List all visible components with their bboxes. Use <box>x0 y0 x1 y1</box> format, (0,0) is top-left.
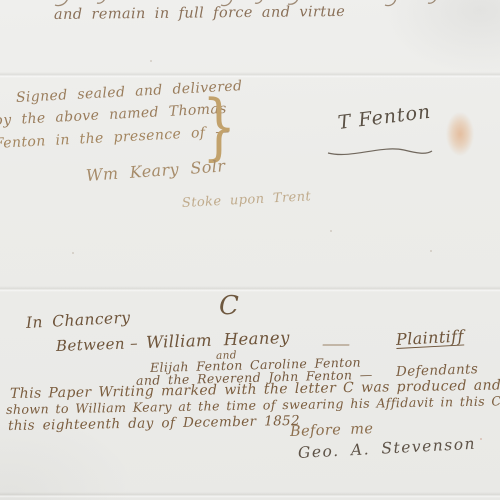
seal-stain <box>446 112 474 156</box>
deponent-signature: T Fenton <box>337 101 433 134</box>
plaintiff-dash: —— <box>322 335 348 353</box>
document-page: and remain in full force and virtue Sign… <box>0 0 500 500</box>
plaintiff-label: Plaintiff <box>396 326 465 349</box>
paper-speck <box>72 252 74 254</box>
paper-speck <box>480 438 482 440</box>
plaintiff-name: William Heaney <box>146 328 290 352</box>
attestation-line-3: Fenton in the presence of — <box>0 124 230 152</box>
court-heading: In Chancery <box>26 309 131 332</box>
between-label: Between – <box>56 334 139 355</box>
fold-crease-bottom <box>0 492 500 498</box>
paper-speck <box>330 230 332 232</box>
paper-speck <box>150 60 152 62</box>
attestation-brace: } <box>202 84 237 168</box>
witness-signature: Wm Keary Solr <box>85 156 226 185</box>
fold-crease-middle <box>0 286 500 292</box>
exhibit-letter: C <box>219 291 239 321</box>
fold-crease-top <box>0 72 500 78</box>
deed-closing-line: and remain in full force and virtue <box>54 4 345 23</box>
witness-place: Stoke upon Trent <box>182 189 312 211</box>
before-me-label: Before me <box>290 421 374 440</box>
paper-speck <box>430 250 432 252</box>
signature-flourish <box>326 143 434 161</box>
